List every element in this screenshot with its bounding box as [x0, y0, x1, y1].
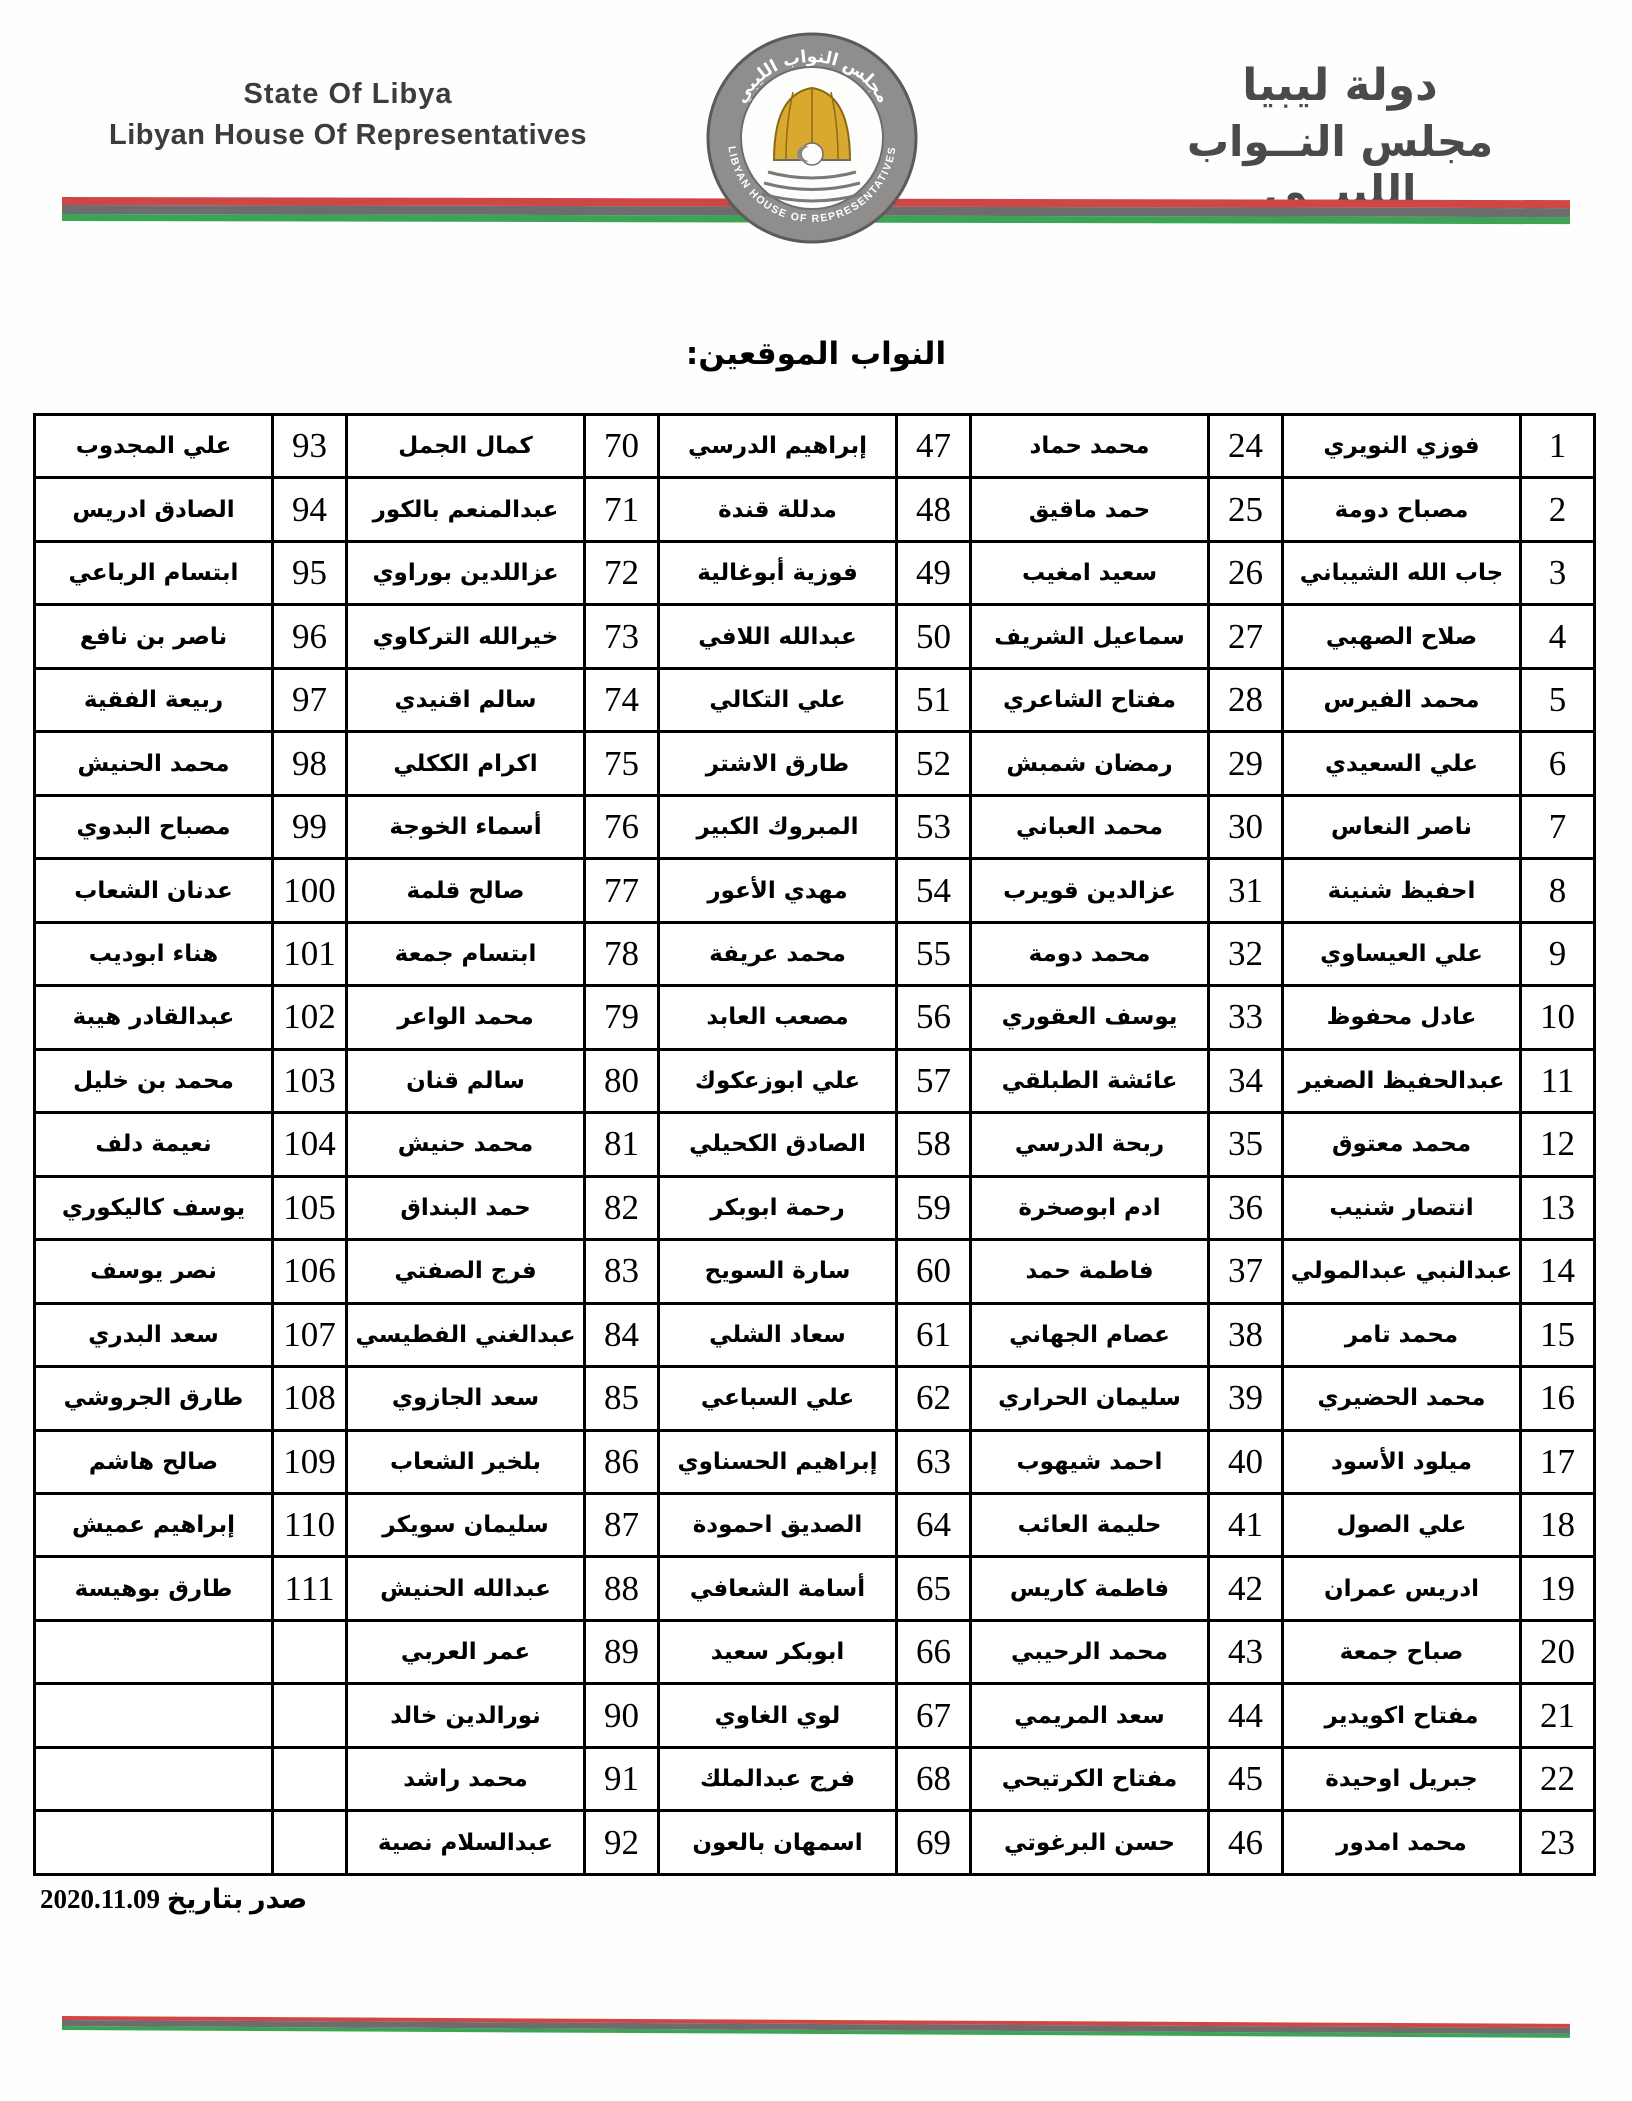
member-name-cell: ربيعة الفقية [35, 668, 273, 731]
member-name-cell: يوسف كاليكوري [35, 1176, 273, 1239]
member-number-cell: 67 [897, 1684, 971, 1747]
member-name-cell: سالم اقنيدي [347, 668, 585, 731]
member-name-cell: إبراهيم الدرسي [659, 415, 897, 478]
member-name-cell: عائشة الطبلقي [971, 1049, 1209, 1112]
member-number-cell: 47 [897, 415, 971, 478]
member-name-cell: محمد الرحيبي [971, 1620, 1209, 1683]
member-name-cell: عبدالغني الفطيسي [347, 1303, 585, 1366]
member-number-cell: 58 [897, 1113, 971, 1176]
member-number-cell: 61 [897, 1303, 971, 1366]
member-number-cell: 59 [897, 1176, 971, 1239]
member-number-cell: 102 [273, 986, 347, 1049]
page-title: النواب الموقعين: [0, 336, 1632, 372]
member-name-cell: محمد الواعر [347, 986, 585, 1049]
member-number-cell: 10 [1521, 986, 1595, 1049]
member-number-cell: 82 [585, 1176, 659, 1239]
member-number-cell: 23 [1521, 1811, 1595, 1875]
member-name-cell: فرج عبدالملك [659, 1747, 897, 1810]
member-name-cell: طارق الاشتر [659, 732, 897, 795]
member-name-cell: احمد شيهوب [971, 1430, 1209, 1493]
member-name-cell: سليمان سويكر [347, 1493, 585, 1556]
member-number-cell [273, 1811, 347, 1875]
member-name-cell: محمد تامر [1283, 1303, 1521, 1366]
member-name-cell: انتصار شنيب [1283, 1176, 1521, 1239]
member-number-cell: 30 [1209, 795, 1283, 858]
member-number-cell: 79 [585, 986, 659, 1049]
table-row: هناء ابوديب101ابتسام جمعة78محمد عريفة55م… [35, 922, 1595, 985]
member-name-cell: عبدالنبي عبدالمولي [1283, 1240, 1521, 1303]
member-name-cell: محمد الحنيش [35, 732, 273, 795]
member-number-cell: 54 [897, 859, 971, 922]
table-row: يوسف كاليكوري105حمد البنداق82رحمة ابوبكر… [35, 1176, 1595, 1239]
table-row: عدنان الشعاب100صالح قلمة77مهدي الأعور54ع… [35, 859, 1595, 922]
member-name-cell: احفيظ شنينة [1283, 859, 1521, 922]
member-name-cell: مهدي الأعور [659, 859, 897, 922]
member-name-cell: علي التكالي [659, 668, 897, 731]
member-number-cell: 39 [1209, 1367, 1283, 1430]
member-name-cell: ميلود الأسود [1283, 1430, 1521, 1493]
member-name-cell: محمد راشد [347, 1747, 585, 1810]
issue-date-text: صدر بتاريخ 2020.11.09 [40, 1884, 307, 1915]
member-name-cell: فاطمة حمد [971, 1240, 1209, 1303]
member-number-cell: 96 [273, 605, 347, 668]
house-of-representatives-label: Libyan House Of Representatives [108, 119, 588, 152]
member-name-cell: محمد حماد [971, 415, 1209, 478]
state-of-libya-label: State Of Libya [108, 78, 588, 111]
member-number-cell: 71 [585, 478, 659, 541]
member-number-cell: 3 [1521, 541, 1595, 604]
member-name-cell: ادم ابوصخرة [971, 1176, 1209, 1239]
member-name-cell: حمد ماقيق [971, 478, 1209, 541]
member-number-cell: 38 [1209, 1303, 1283, 1366]
member-name-cell: ادريس عمران [1283, 1557, 1521, 1620]
member-name-cell: سعد المريمي [971, 1684, 1209, 1747]
member-number-cell: 53 [897, 795, 971, 858]
member-number-cell: 84 [585, 1303, 659, 1366]
member-name-cell: أسماء الخوجة [347, 795, 585, 858]
header-english-title: State Of Libya Libyan House Of Represent… [108, 78, 588, 152]
member-number-cell: 49 [897, 541, 971, 604]
member-number-cell: 56 [897, 986, 971, 1049]
member-name-cell: عبدالله الحنيش [347, 1557, 585, 1620]
member-name-cell: عصام الجهاني [971, 1303, 1209, 1366]
member-number-cell: 83 [585, 1240, 659, 1303]
member-number-cell: 17 [1521, 1430, 1595, 1493]
member-number-cell: 46 [1209, 1811, 1283, 1875]
member-number-cell: 97 [273, 668, 347, 731]
member-number-cell: 13 [1521, 1176, 1595, 1239]
member-name-cell: المبروك الكبير [659, 795, 897, 858]
member-number-cell: 15 [1521, 1303, 1595, 1366]
member-number-cell: 29 [1209, 732, 1283, 795]
member-number-cell: 42 [1209, 1557, 1283, 1620]
member-name-cell: علي السباعي [659, 1367, 897, 1430]
member-name-cell: ربحة الدرسي [971, 1113, 1209, 1176]
member-name-cell: طارق الجروشي [35, 1367, 273, 1430]
member-number-cell: 106 [273, 1240, 347, 1303]
member-number-cell: 64 [897, 1493, 971, 1556]
member-number-cell: 40 [1209, 1430, 1283, 1493]
member-number-cell: 74 [585, 668, 659, 731]
member-name-cell: بلخير الشعاب [347, 1430, 585, 1493]
member-number-cell: 41 [1209, 1493, 1283, 1556]
member-name-cell: محمد بن خليل [35, 1049, 273, 1112]
member-name-cell: عبدالسلام نصية [347, 1811, 585, 1875]
member-number-cell: 70 [585, 415, 659, 478]
member-number-cell: 18 [1521, 1493, 1595, 1556]
member-number-cell: 62 [897, 1367, 971, 1430]
table-row: صالح هاشم109بلخير الشعاب86إبراهيم الحسنا… [35, 1430, 1595, 1493]
member-name-cell: عبدالمنعم بالكور [347, 478, 585, 541]
member-name-cell: هناء ابوديب [35, 922, 273, 985]
member-number-cell: 57 [897, 1049, 971, 1112]
member-name-cell: حليمة العائب [971, 1493, 1209, 1556]
member-name-cell: فوزي النويري [1283, 415, 1521, 478]
table-row: علي المجدوب93كمال الجمل70إبراهيم الدرسي4… [35, 415, 1595, 478]
member-name-cell: صباح جمعة [1283, 1620, 1521, 1683]
parliament-seal-logo: مجلس النواب الليبي LIBYAN HOUSE OF REPRE… [706, 32, 918, 244]
member-number-cell: 108 [273, 1367, 347, 1430]
member-number-cell: 93 [273, 415, 347, 478]
member-name-cell: مفتاح الشاعري [971, 668, 1209, 731]
member-number-cell: 98 [273, 732, 347, 795]
member-name-cell: مدللة قندة [659, 478, 897, 541]
member-number-cell: 14 [1521, 1240, 1595, 1303]
member-name-cell [35, 1684, 273, 1747]
member-name-cell: عزاللدين بوراوي [347, 541, 585, 604]
table-row: مصباح البدوي99أسماء الخوجة76المبروك الكب… [35, 795, 1595, 858]
member-number-cell: 109 [273, 1430, 347, 1493]
member-number-cell: 26 [1209, 541, 1283, 604]
member-name-cell: فاطمة كاريس [971, 1557, 1209, 1620]
member-number-cell: 52 [897, 732, 971, 795]
member-name-cell: نصر يوسف [35, 1240, 273, 1303]
member-number-cell: 63 [897, 1430, 971, 1493]
member-name-cell: إبراهيم عميش [35, 1493, 273, 1556]
member-name-cell: مصباح البدوي [35, 795, 273, 858]
member-name-cell: ابتسام جمعة [347, 922, 585, 985]
member-name-cell: مصعب العابد [659, 986, 897, 1049]
member-number-cell: 86 [585, 1430, 659, 1493]
member-number-cell: 35 [1209, 1113, 1283, 1176]
member-name-cell: رحمة ابوبكر [659, 1176, 897, 1239]
member-number-cell: 73 [585, 605, 659, 668]
member-name-cell: محمد الحضيري [1283, 1367, 1521, 1430]
member-name-cell: الصديق احمودة [659, 1493, 897, 1556]
member-name-cell: ناصر بن نافع [35, 605, 273, 668]
member-name-cell: نورالدين خالد [347, 1684, 585, 1747]
member-number-cell: 2 [1521, 478, 1595, 541]
table-row: محمد بن خليل103سالم قنان80علي ابوزعكوك57… [35, 1049, 1595, 1112]
member-number-cell: 85 [585, 1367, 659, 1430]
member-name-cell: محمد حنيش [347, 1113, 585, 1176]
member-number-cell: 25 [1209, 478, 1283, 541]
member-name-cell: حسن البرغوتي [971, 1811, 1209, 1875]
signatories-table: علي المجدوب93كمال الجمل70إبراهيم الدرسي4… [33, 413, 1596, 1876]
member-name-cell: لوي الغاوي [659, 1684, 897, 1747]
member-number-cell: 66 [897, 1620, 971, 1683]
member-name-cell: طارق بوهيسة [35, 1557, 273, 1620]
member-number-cell: 11 [1521, 1049, 1595, 1112]
member-number-cell: 43 [1209, 1620, 1283, 1683]
member-number-cell: 19 [1521, 1557, 1595, 1620]
flag-band-bottom [62, 2016, 1570, 2038]
member-name-cell: سعد الجازوي [347, 1367, 585, 1430]
member-name-cell: عادل محفوظ [1283, 986, 1521, 1049]
member-name-cell: جاب الله الشيباني [1283, 541, 1521, 604]
header-arabic-title: دولة ليبيا مجلس النــواب الليبــي [1110, 60, 1570, 215]
member-number-cell: 103 [273, 1049, 347, 1112]
member-number-cell: 77 [585, 859, 659, 922]
member-number-cell: 21 [1521, 1684, 1595, 1747]
member-number-cell: 92 [585, 1811, 659, 1875]
member-name-cell: فرج الصفتي [347, 1240, 585, 1303]
member-name-cell: فوزية أبوغالية [659, 541, 897, 604]
member-number-cell: 32 [1209, 922, 1283, 985]
member-number-cell: 91 [585, 1747, 659, 1810]
table-row: نعيمة دلف104محمد حنيش81الصادق الكحيلي58ر… [35, 1113, 1595, 1176]
member-number-cell: 68 [897, 1747, 971, 1810]
member-name-cell: محمد دومة [971, 922, 1209, 985]
member-name-cell: سالم قنان [347, 1049, 585, 1112]
member-name-cell: الصادق الكحيلي [659, 1113, 897, 1176]
table-row: ابتسام الرباعي95عزاللدين بوراوي72فوزية أ… [35, 541, 1595, 604]
table-row: نورالدين خالد90لوي الغاوي67سعد المريمي44… [35, 1684, 1595, 1747]
member-number-cell: 4 [1521, 605, 1595, 668]
member-number-cell: 8 [1521, 859, 1595, 922]
table-row: عبدالسلام نصية92اسمهان بالعون69حسن البرغ… [35, 1811, 1595, 1875]
member-name-cell [35, 1620, 273, 1683]
signatories-table-body: علي المجدوب93كمال الجمل70إبراهيم الدرسي4… [35, 415, 1595, 1875]
member-name-cell: سعيد امغيب [971, 541, 1209, 604]
member-number-cell: 28 [1209, 668, 1283, 731]
member-name-cell: سارة السويح [659, 1240, 897, 1303]
table-row: سعد البدري107عبدالغني الفطيسي84سعاد الشل… [35, 1303, 1595, 1366]
member-name-cell: صلاح الصهبي [1283, 605, 1521, 668]
member-number-cell: 107 [273, 1303, 347, 1366]
member-name-cell: صالح قلمة [347, 859, 585, 922]
member-name-cell: حمد البنداق [347, 1176, 585, 1239]
member-name-cell: عدنان الشعاب [35, 859, 273, 922]
member-name-cell: علي ابوزعكوك [659, 1049, 897, 1112]
member-name-cell: علي الصول [1283, 1493, 1521, 1556]
member-number-cell: 22 [1521, 1747, 1595, 1810]
member-number-cell: 99 [273, 795, 347, 858]
table-row: عبدالقادر هيبة102محمد الواعر79مصعب العاب… [35, 986, 1595, 1049]
member-number-cell: 34 [1209, 1049, 1283, 1112]
member-name-cell: إبراهيم الحسناوي [659, 1430, 897, 1493]
member-name-cell: ابتسام الرباعي [35, 541, 273, 604]
member-number-cell: 75 [585, 732, 659, 795]
member-name-cell: سعاد الشلي [659, 1303, 897, 1366]
document-page: State Of Libya Libyan House Of Represent… [0, 0, 1632, 2101]
member-number-cell: 5 [1521, 668, 1595, 731]
member-name-cell: ناصر النعاس [1283, 795, 1521, 858]
member-name-cell: علي السعيدي [1283, 732, 1521, 795]
member-number-cell: 44 [1209, 1684, 1283, 1747]
member-number-cell: 94 [273, 478, 347, 541]
member-name-cell: مفتاح الكرتيحي [971, 1747, 1209, 1810]
table-row: نصر يوسف106فرج الصفتي83سارة السويح60فاطم… [35, 1240, 1595, 1303]
state-of-libya-arabic-label: دولة ليبيا [1110, 60, 1570, 111]
member-number-cell: 105 [273, 1176, 347, 1239]
member-number-cell: 33 [1209, 986, 1283, 1049]
member-number-cell: 80 [585, 1049, 659, 1112]
member-number-cell: 9 [1521, 922, 1595, 985]
member-number-cell: 37 [1209, 1240, 1283, 1303]
member-number-cell: 60 [897, 1240, 971, 1303]
member-name-cell: كمال الجمل [347, 415, 585, 478]
member-name-cell [35, 1747, 273, 1810]
table-row: طارق بوهيسة111عبدالله الحنيش88أسامة الشع… [35, 1557, 1595, 1620]
member-number-cell: 87 [585, 1493, 659, 1556]
member-number-cell: 55 [897, 922, 971, 985]
table-row: الصادق ادريس94عبدالمنعم بالكور71مدللة قن… [35, 478, 1595, 541]
member-name-cell: عبدالحفيظ الصغير [1283, 1049, 1521, 1112]
member-name-cell: جبريل اوحيدة [1283, 1747, 1521, 1810]
member-number-cell: 69 [897, 1811, 971, 1875]
member-name-cell: عبدالقادر هيبة [35, 986, 273, 1049]
member-number-cell: 110 [273, 1493, 347, 1556]
member-name-cell: علي المجدوب [35, 415, 273, 478]
table-row: محمد الحنيش98اكرام الككلي75طارق الاشتر52… [35, 732, 1595, 795]
member-number-cell: 100 [273, 859, 347, 922]
member-name-cell: مفتاح اكويدير [1283, 1684, 1521, 1747]
member-number-cell: 65 [897, 1557, 971, 1620]
table-row: طارق الجروشي108سعد الجازوي85علي السباعي6… [35, 1367, 1595, 1430]
member-number-cell [273, 1684, 347, 1747]
member-name-cell: الصادق ادريس [35, 478, 273, 541]
member-name-cell [35, 1811, 273, 1875]
member-number-cell: 51 [897, 668, 971, 731]
member-number-cell: 88 [585, 1557, 659, 1620]
member-name-cell: محمد العباني [971, 795, 1209, 858]
member-number-cell: 45 [1209, 1747, 1283, 1810]
member-name-cell: خيرالله التركاوي [347, 605, 585, 668]
member-name-cell: محمد معتوق [1283, 1113, 1521, 1176]
member-number-cell: 7 [1521, 795, 1595, 858]
member-name-cell: مصباح دومة [1283, 478, 1521, 541]
member-name-cell: رمضان شمبش [971, 732, 1209, 795]
member-name-cell: ابوبكر سعيد [659, 1620, 897, 1683]
member-number-cell: 50 [897, 605, 971, 668]
table-row: إبراهيم عميش110سليمان سويكر87الصديق احمو… [35, 1493, 1595, 1556]
member-number-cell [273, 1620, 347, 1683]
member-name-cell: سليمان الحراري [971, 1367, 1209, 1430]
member-number-cell: 6 [1521, 732, 1595, 795]
member-number-cell: 90 [585, 1684, 659, 1747]
member-name-cell: عبدالله اللافي [659, 605, 897, 668]
member-name-cell: علي العيساوي [1283, 922, 1521, 985]
member-number-cell: 31 [1209, 859, 1283, 922]
table-row: ربيعة الفقية97سالم اقنيدي74علي التكالي51… [35, 668, 1595, 731]
member-name-cell: أسامة الشعافي [659, 1557, 897, 1620]
member-number-cell [273, 1747, 347, 1810]
member-name-cell: سماعيل الشريف [971, 605, 1209, 668]
member-name-cell: محمد امدور [1283, 1811, 1521, 1875]
member-name-cell: عمر العربي [347, 1620, 585, 1683]
member-name-cell: عزالدين قويرب [971, 859, 1209, 922]
member-name-cell: اسمهان بالعون [659, 1811, 897, 1875]
member-number-cell: 101 [273, 922, 347, 985]
member-number-cell: 12 [1521, 1113, 1595, 1176]
seal-icon: مجلس النواب الليبي LIBYAN HOUSE OF REPRE… [706, 32, 918, 244]
member-name-cell: محمد عريفة [659, 922, 897, 985]
member-number-cell: 20 [1521, 1620, 1595, 1683]
member-name-cell: محمد الفيرس [1283, 668, 1521, 731]
member-name-cell: صالح هاشم [35, 1430, 273, 1493]
member-number-cell: 72 [585, 541, 659, 604]
table-row: محمد راشد91فرج عبدالملك68مفتاح الكرتيحي4… [35, 1747, 1595, 1810]
member-number-cell: 36 [1209, 1176, 1283, 1239]
member-name-cell: نعيمة دلف [35, 1113, 273, 1176]
member-number-cell: 104 [273, 1113, 347, 1176]
member-number-cell: 16 [1521, 1367, 1595, 1430]
member-number-cell: 76 [585, 795, 659, 858]
member-name-cell: سعد البدري [35, 1303, 273, 1366]
member-name-cell: اكرام الككلي [347, 732, 585, 795]
member-number-cell: 48 [897, 478, 971, 541]
member-number-cell: 27 [1209, 605, 1283, 668]
member-number-cell: 24 [1209, 415, 1283, 478]
member-number-cell: 89 [585, 1620, 659, 1683]
table-row: عمر العربي89ابوبكر سعيد66محمد الرحيبي43ص… [35, 1620, 1595, 1683]
member-number-cell: 111 [273, 1557, 347, 1620]
member-number-cell: 1 [1521, 415, 1595, 478]
member-number-cell: 95 [273, 541, 347, 604]
member-number-cell: 81 [585, 1113, 659, 1176]
member-number-cell: 78 [585, 922, 659, 985]
member-name-cell: يوسف العقوري [971, 986, 1209, 1049]
table-row: ناصر بن نافع96خيرالله التركاوي73عبدالله … [35, 605, 1595, 668]
